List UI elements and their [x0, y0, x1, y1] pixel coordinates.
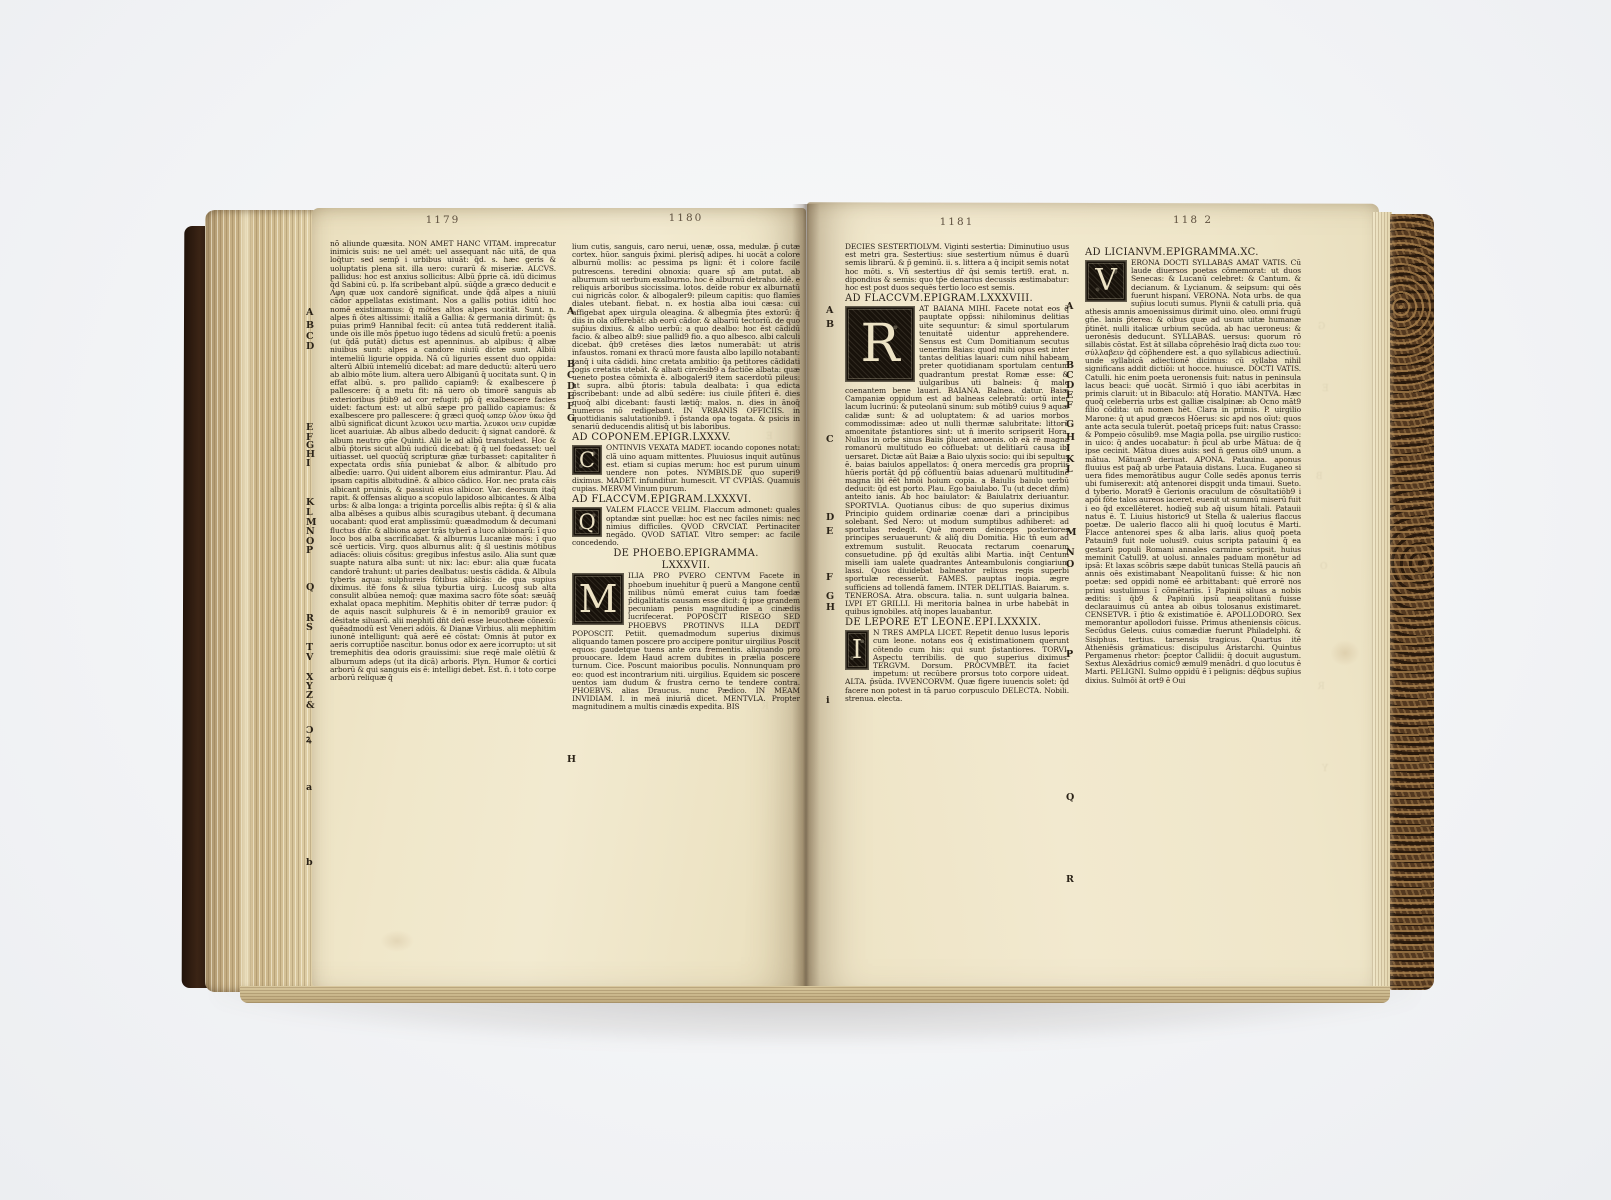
margin-reference-letter: E — [1066, 391, 1073, 400]
show-through-ghost-letter: E — [766, 432, 773, 442]
woodcut-initial: C — [572, 445, 602, 475]
margin-reference-letter: ꝝ — [306, 735, 312, 744]
margin-reference-letter: C — [1066, 371, 1074, 380]
margin-reference-letter: C — [567, 371, 575, 380]
commentary-paragraph: CONTINVIS VEXATA MADET. iocando copones … — [572, 444, 800, 493]
page-number: 1181 — [845, 216, 1069, 228]
margin-reference-letter: D — [826, 513, 834, 522]
margin-reference-letter: N — [306, 527, 315, 536]
section-heading: AD FLACCVM.EPIGRAM.LXXXVIII. — [845, 293, 1069, 304]
margin-reference-letter: R — [1066, 875, 1074, 884]
text-column: AD LICIANVM.EPIGRAMMA.XC.VERONA DOCTI SY… — [1085, 246, 1301, 880]
commentary-paragraph: VERONA DOCTI SYLLABAS AMAT VATIS. Cū lau… — [1085, 259, 1301, 685]
margin-reference-letter: A — [826, 306, 833, 315]
margin-reference-letter: F — [826, 573, 833, 582]
page-number: 1180 — [572, 212, 800, 224]
margin-reference-letter: L — [1066, 465, 1073, 474]
margin-reference-letter: H — [1066, 433, 1075, 442]
commentary-paragraph: RAT BAIANA MIHI. Facete notat eos q̄ pau… — [845, 305, 1069, 616]
woodcut-initial: V — [1085, 260, 1127, 302]
page-number: 118 2 — [1085, 214, 1301, 226]
margin-reference-letter: a — [306, 783, 312, 792]
show-through-ghost-letter: A — [764, 300, 771, 310]
margin-reference-letter: K — [1066, 455, 1074, 464]
margin-reference-letter: H — [826, 603, 835, 612]
margin-reference-letter: & — [306, 701, 315, 710]
margin-reference-letter: D — [306, 342, 314, 351]
woodcut-initial: M — [572, 573, 624, 625]
commentary-paragraph: MILIA PRO PVERO CENTVM Facete in phoebum… — [572, 572, 800, 711]
margin-reference-letter: M — [1066, 528, 1077, 537]
show-through-ghost-letter: O — [1320, 562, 1327, 572]
show-through-ghost-letter: G — [1318, 322, 1325, 332]
photograph-of-open-book: nõ aliunde quæsita. NON AMET HANC VITAM.… — [0, 0, 1611, 1200]
margin-reference-letter: I — [306, 459, 310, 468]
margin-reference-letter: D — [1066, 381, 1074, 390]
margin-reference-letter: i — [826, 696, 830, 705]
margin-reference-letter: B — [1066, 361, 1074, 370]
show-through-ghost-letter: R — [762, 702, 769, 712]
margin-reference-letter: S — [306, 623, 313, 632]
woodcut-initial: I — [845, 630, 869, 670]
margin-reference-letter: C — [826, 435, 834, 444]
section-heading: AD FLACCVM.EPIGRAM.LXXXVI. — [572, 494, 800, 505]
margin-reference-letter: V — [306, 653, 313, 662]
margin-reference-letter: E — [826, 527, 833, 536]
margin-reference-letter: T — [306, 643, 313, 652]
margin-reference-letter: G — [826, 592, 834, 601]
show-through-ghost-letter: B — [762, 362, 769, 372]
show-through-ghost-letter: O — [760, 522, 767, 532]
margin-reference-letter: F — [567, 402, 574, 411]
woodcut-initial: Q — [572, 507, 602, 537]
margin-reference-letter: B — [306, 321, 314, 330]
margin-reference-letter: A — [306, 308, 313, 317]
text-column: lium cutis, sanguis, caro nerui, uenæ, o… — [572, 243, 800, 873]
commentary-paragraph: lium cutis, sanguis, caro nerui, uenæ, o… — [572, 243, 800, 431]
margin-reference-letter: B — [567, 360, 575, 369]
margin-reference-letter: Q — [306, 583, 314, 592]
margin-reference-letter: Z — [306, 691, 313, 700]
margin-reference-letter: E — [306, 423, 313, 432]
margin-reference-letter: B — [826, 320, 834, 329]
margin-reference-letter: P — [306, 546, 313, 555]
section-heading: AD LICIANVM.EPIGRAMMA.XC. — [1085, 247, 1301, 258]
text-column: nõ aliunde quæsita. NON AMET HANC VITAM.… — [330, 240, 556, 874]
section-heading: DE LEPORE ET LEONE.EPI.LXXXIX. — [845, 617, 1069, 628]
woodcut-initial: R — [845, 306, 915, 382]
section-heading: LXXXVII. — [572, 560, 800, 571]
show-through-ghost-letter: E — [1322, 384, 1329, 394]
show-through-ghost-letter: H — [764, 604, 772, 614]
margin-reference-letter: N — [1066, 548, 1075, 557]
margin-reference-letter: I — [1066, 444, 1070, 453]
margin-reference-letter: C — [306, 332, 314, 341]
text-layer: nõ aliunde quæsita. NON AMET HANC VITAM.… — [0, 0, 1611, 1200]
margin-reference-letter: Q — [1066, 793, 1074, 802]
margin-reference-letter: P — [1066, 650, 1073, 659]
margin-reference-letter: b — [306, 858, 313, 867]
commentary-paragraph: IN TRES AMPLA LICET. Repetit denuo lusus… — [845, 629, 1069, 703]
page-number: 1179 — [330, 214, 556, 226]
margin-reference-letter: A — [1066, 302, 1073, 311]
margin-reference-letter: A — [567, 307, 574, 316]
margin-reference-letter: F — [1066, 401, 1073, 410]
commentary-paragraph: nõ aliunde quæsita. NON AMET HANC VITAM.… — [330, 240, 556, 682]
show-through-ghost-letter: B — [1316, 472, 1323, 482]
margin-reference-letter: L — [306, 508, 313, 517]
commentary-paragraph: DECIES SESTERTIOLVM. Viginti sestertia: … — [845, 243, 1069, 292]
margin-reference-letter: O — [1066, 560, 1074, 569]
section-heading: DE PHOEBO.EPIGRAMMA. — [572, 548, 800, 559]
margin-reference-letter: G — [1066, 420, 1074, 429]
margin-reference-letter: E — [567, 392, 574, 401]
margin-reference-letter: G — [567, 414, 575, 423]
show-through-ghost-letter: Y — [1322, 764, 1328, 774]
margin-reference-letter: K — [306, 498, 314, 507]
margin-reference-letter: D — [567, 382, 575, 391]
text-column: DECIES SESTERTIOLVM. Viginti sestertia: … — [845, 243, 1069, 875]
margin-reference-letter: H — [567, 755, 576, 764]
show-through-ghost-letter: R — [1318, 682, 1325, 692]
